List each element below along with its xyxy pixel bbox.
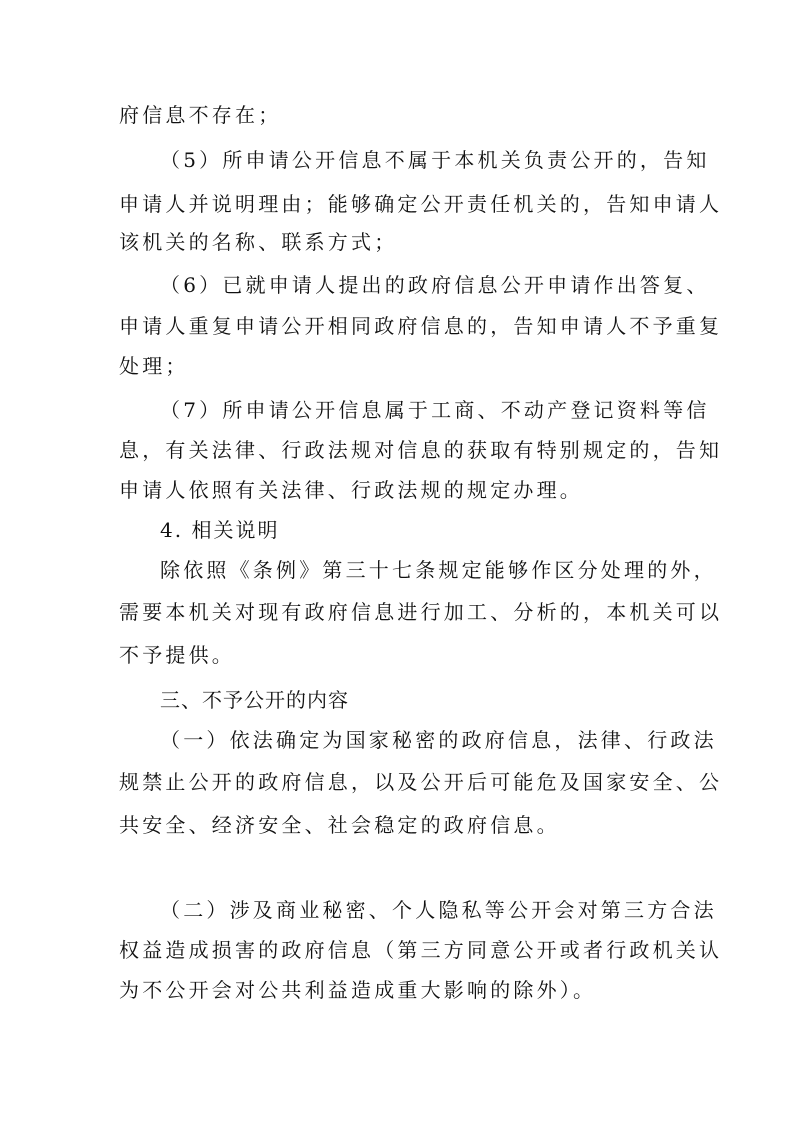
item-7-line-2: 息，有关法律、行政法规对信息的获取有特别规定的，告知: [119, 438, 679, 462]
item-a-line-3: 共安全、经济安全、社会稳定的政府信息。: [119, 813, 679, 837]
section-heading-non-disclosure: 三、不予公开的内容: [160, 688, 680, 712]
paragraph-continuation: 府信息不存在；: [119, 103, 679, 127]
item-a-line-1: （一）依法确定为国家秘密的政府信息，法律、行政法: [160, 728, 680, 752]
notes-line-2: 需要本机关对现有政府信息进行加工、分析的，本机关可以: [119, 600, 679, 624]
item-7-line-1: （7）所申请公开信息属于工商、不动产登记资料等信: [160, 398, 680, 422]
item-6-line-2: 申请人重复申请公开相同政府信息的，告知申请人不予重复: [119, 314, 679, 338]
item-6-line-1: （6）已就申请人提出的政府信息公开申请作出答复、: [160, 273, 680, 297]
item-6-line-3: 处理；: [119, 354, 679, 378]
item-5-line-3: 该机关的名称、联系方式；: [119, 230, 679, 254]
item-b-line-2: 权益造成损害的政府信息（第三方同意公开或者行政机关认: [119, 938, 679, 962]
item-b-line-1: （二）涉及商业秘密、个人隐私等公开会对第三方合法: [160, 898, 680, 922]
item-7-line-3: 申请人依照有关法律、行政法规的规定办理。: [119, 478, 679, 502]
item-5-line-2: 申请人并说明理由；能够确定公开责任机关的，告知申请人: [119, 192, 679, 216]
document-page: 府信息不存在； （5）所申请公开信息不属于本机关负责公开的，告知 申请人并说明理…: [0, 0, 793, 1122]
notes-line-1: 除依照《条例》第三十七条规定能够作区分处理的外，: [160, 558, 680, 582]
notes-line-3: 不予提供。: [119, 643, 679, 667]
subheading-related-notes: 4. 相关说明: [160, 518, 680, 542]
item-b-line-3: 为不公开会对公共利益造成重大影响的除外）。: [119, 978, 679, 1002]
item-a-line-2: 规禁止公开的政府信息，以及公开后可能危及国家安全、公: [119, 770, 679, 794]
item-5-line-1: （5）所申请公开信息不属于本机关负责公开的，告知: [160, 148, 680, 172]
